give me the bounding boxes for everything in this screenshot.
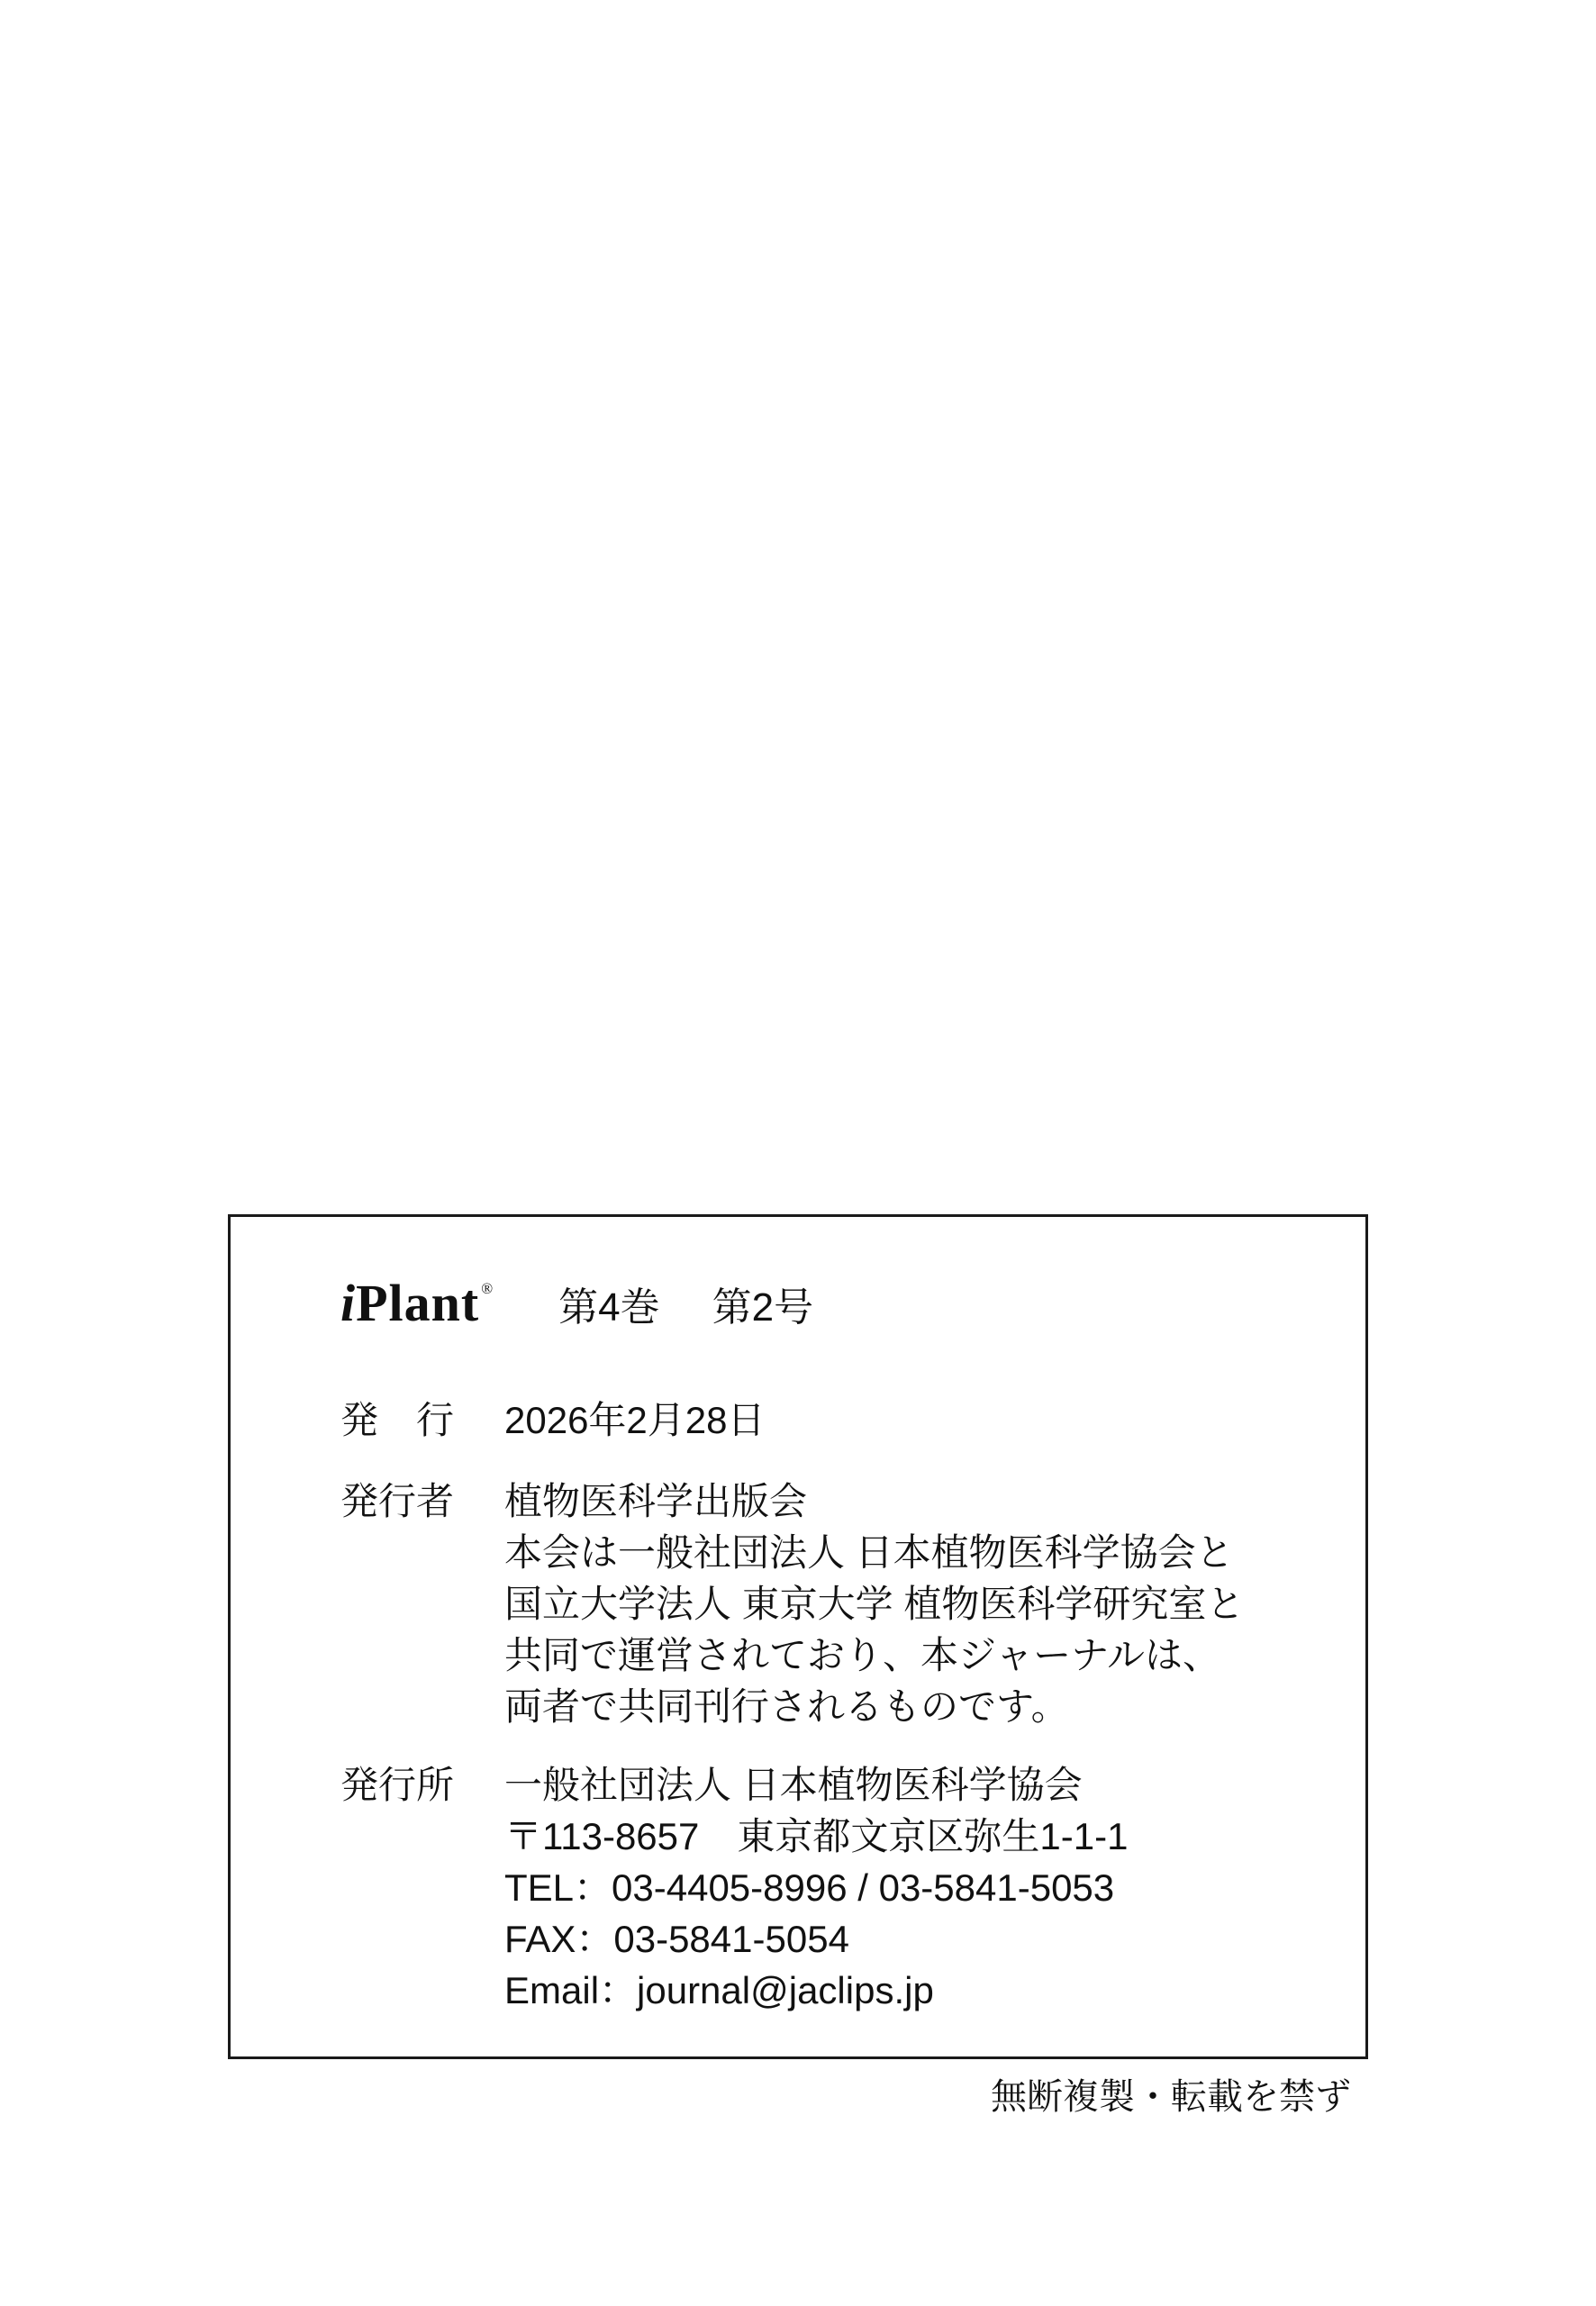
office-fax: FAX：03-5841-5054 bbox=[504, 1913, 1358, 1965]
office-name: 一般社団法人 日本植物医科学協会 bbox=[504, 1759, 1358, 1811]
registered-trademark-mark: ® bbox=[481, 1280, 494, 1297]
publisher-name: 植物医科学出版会 bbox=[504, 1475, 1358, 1527]
publisher-note-line-3: 共同で運営されており、本ジャーナルは、 bbox=[504, 1630, 1358, 1681]
office-address: 〒113-8657 東京都文京区弥生1-1-1 bbox=[504, 1811, 1358, 1862]
journal-name-italic-i: i bbox=[340, 1274, 356, 1332]
row-label-publish: 発 行 bbox=[340, 1394, 504, 1446]
publisher-note-line-1: 本会は一般社団法人 日本植物医科学協会と bbox=[504, 1527, 1358, 1578]
office-tel: TEL：03-4405-8996 / 03-5841-5053 bbox=[504, 1862, 1358, 1913]
copyright-notice: 無断複製・転載を禁ず bbox=[991, 2074, 1351, 2120]
publication-date-row: 発 行 2026年2月28日 bbox=[340, 1394, 1358, 1446]
journal-title: iPlant® 第4巻 第2号 bbox=[340, 1277, 813, 1330]
publishing-office-value: 一般社団法人 日本植物医科学協会 〒113-8657 東京都文京区弥生1-1-1… bbox=[504, 1759, 1358, 2016]
publisher-value: 植物医科学出版会 本会は一般社団法人 日本植物医科学協会と 国立大学法人 東京大… bbox=[504, 1475, 1358, 1732]
publication-date: 2026年2月28日 bbox=[504, 1394, 1358, 1446]
document-page: { "colophon": { "journal": { "name_i": "… bbox=[0, 0, 1596, 2306]
row-label-publisher: 発行者 bbox=[340, 1475, 504, 1732]
publication-date-value: 2026年2月28日 bbox=[504, 1394, 1358, 1446]
issue-label: 第2号 bbox=[712, 1288, 813, 1328]
office-email: Email：journal@jaclips.jp bbox=[504, 1965, 1358, 2016]
publisher-note-line-4: 両者で共同刊行されるものです。 bbox=[504, 1681, 1358, 1732]
colophon-box: iPlant® 第4巻 第2号 発 行 2026年2月28日 発行者 植物医科学… bbox=[228, 1214, 1368, 2059]
publishing-office-row: 発行所 一般社団法人 日本植物医科学協会 〒113-8657 東京都文京区弥生1… bbox=[340, 1759, 1358, 2016]
publisher-row: 発行者 植物医科学出版会 本会は一般社団法人 日本植物医科学協会と 国立大学法人… bbox=[340, 1475, 1358, 1732]
row-label-office: 発行所 bbox=[340, 1759, 504, 2016]
publisher-note-line-2: 国立大学法人 東京大学 植物医科学研究室と bbox=[504, 1578, 1358, 1630]
volume-label: 第4巻 bbox=[558, 1288, 659, 1328]
journal-name: iPlant® bbox=[340, 1277, 494, 1330]
journal-name-rest: Plant bbox=[356, 1274, 479, 1332]
